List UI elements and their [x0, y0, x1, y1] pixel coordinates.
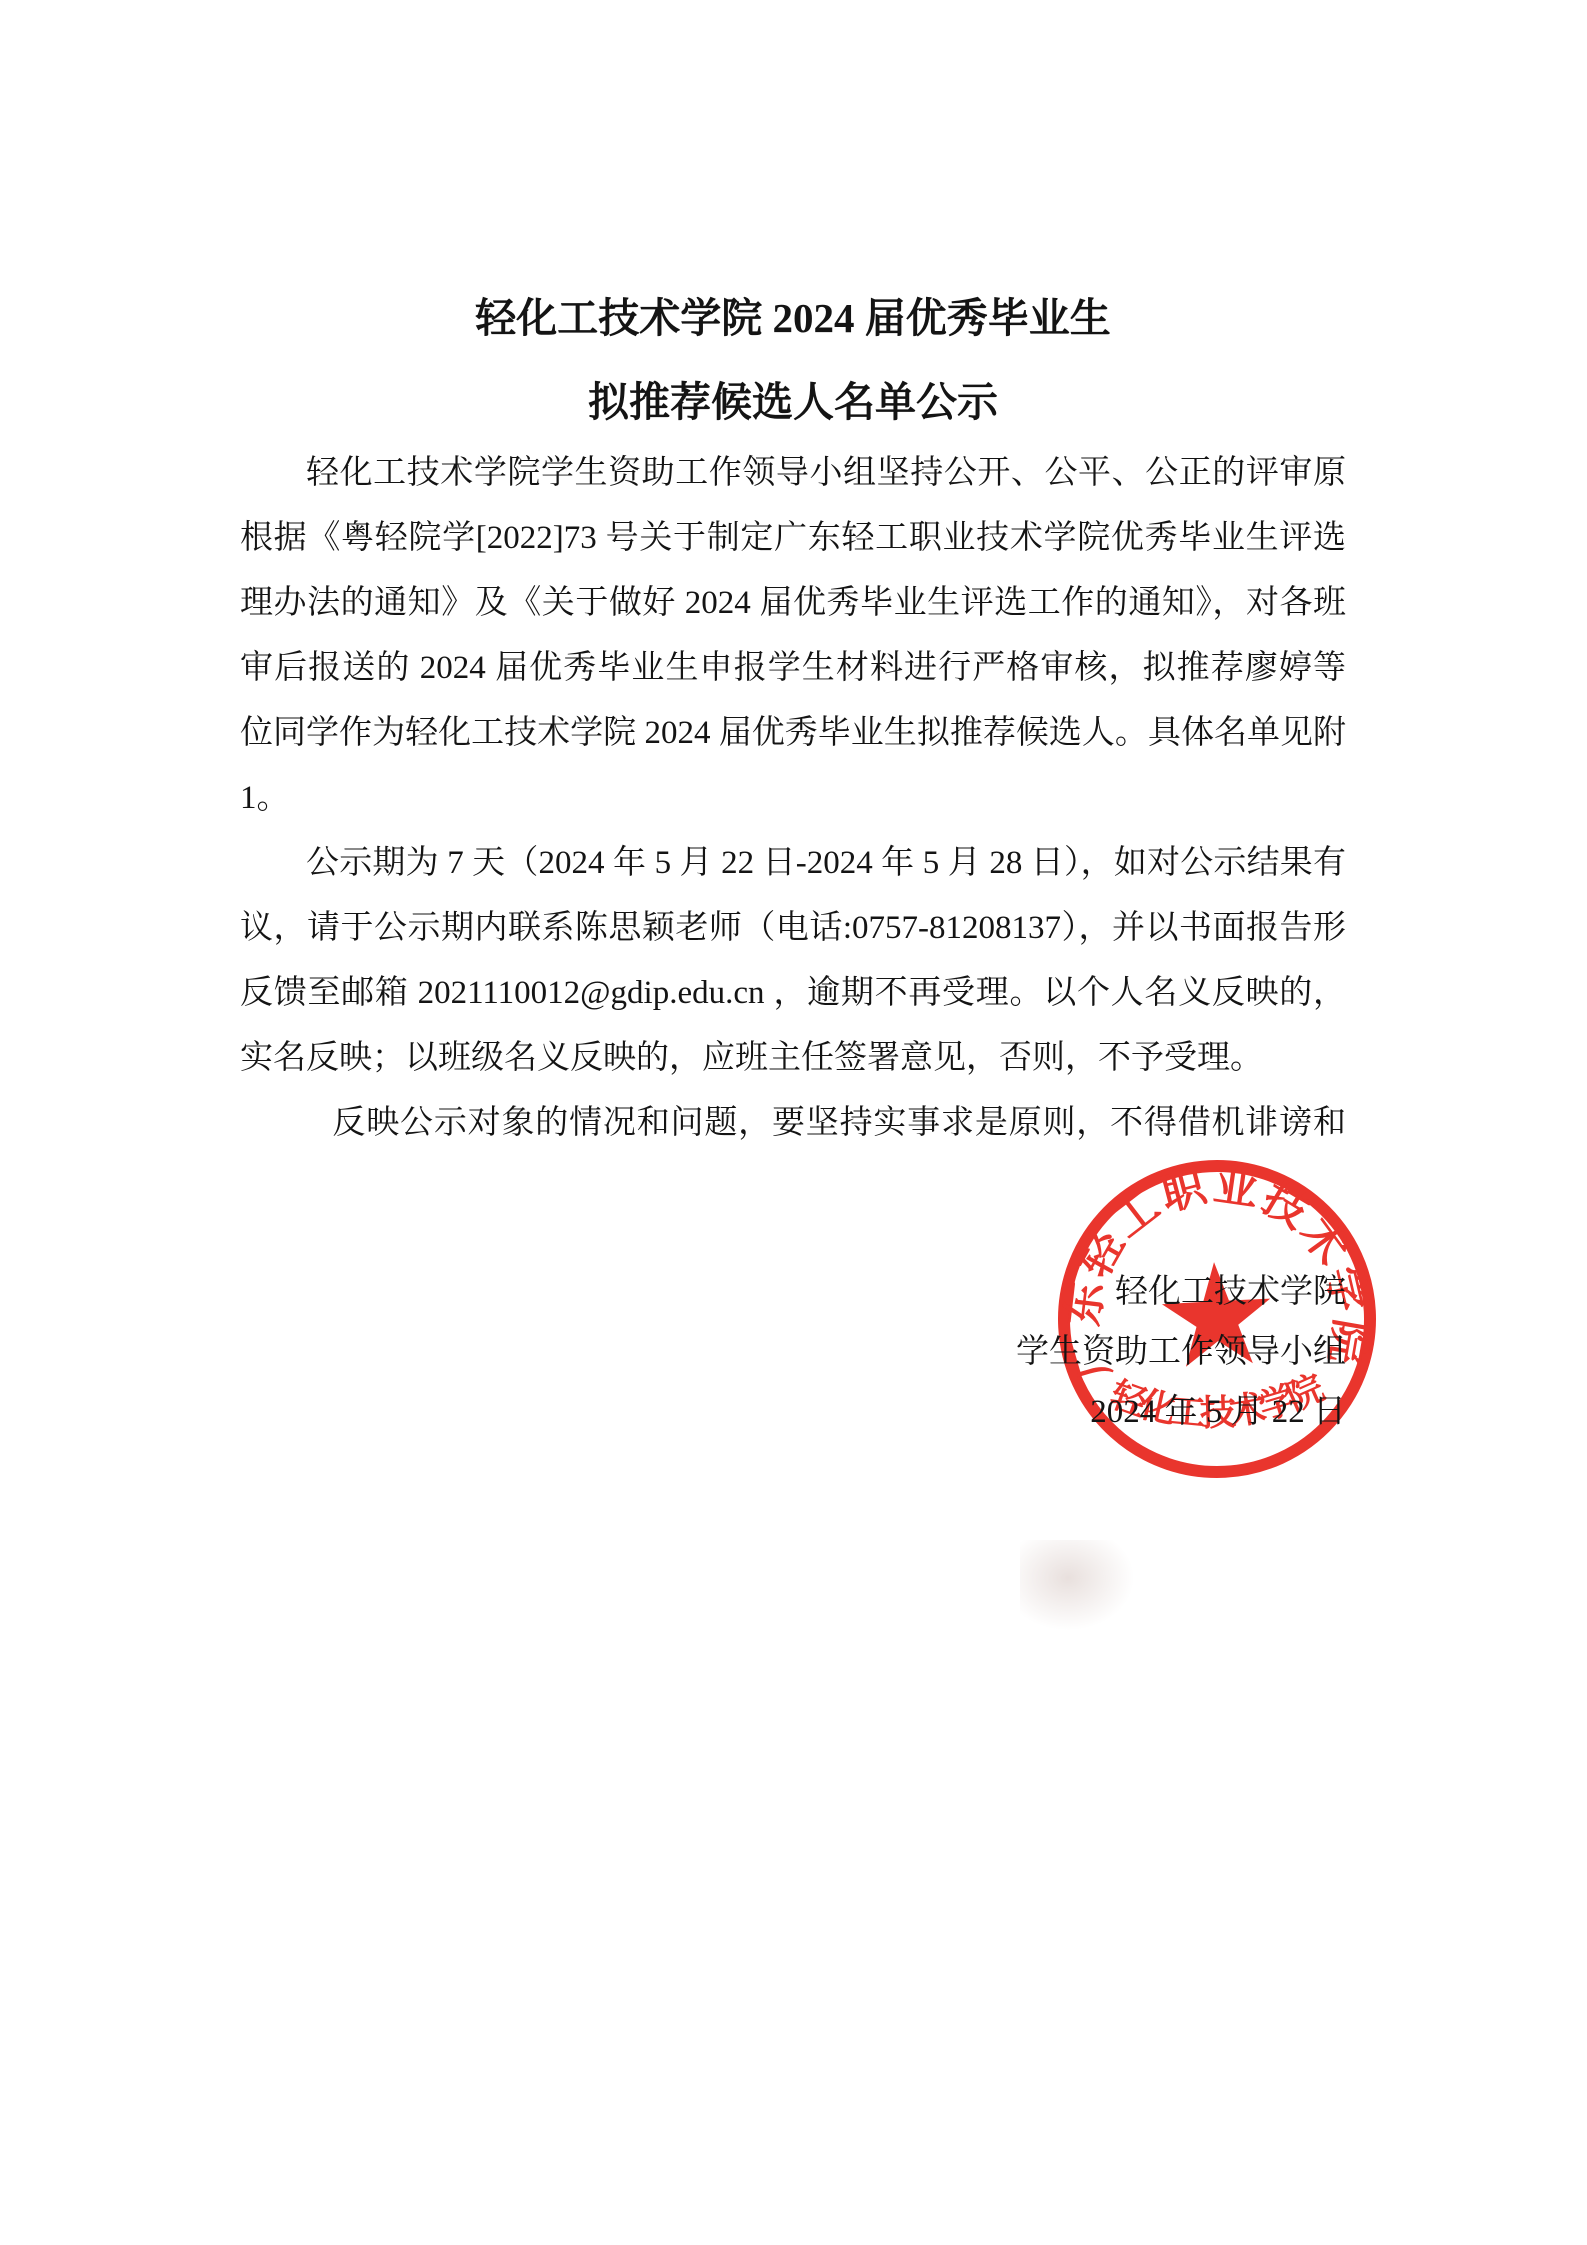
doc-title-line-2: 拟推荐候选人名单公示 — [240, 374, 1346, 430]
ink-smudge — [1020, 1540, 1140, 1635]
signature-org-line-1: 轻化工技术学院 — [1016, 1262, 1346, 1322]
body-line-1: 轻化工技术学院学生资助工作领导小组坚持公开、公平、公正的评审原则， — [240, 441, 1346, 506]
doc-body: 轻化工技术学院学生资助工作领导小组坚持公开、公平、公正的评审原则， 根据《粤轻院… — [240, 441, 1346, 1156]
document-page: 轻化工技术学院 2024 届优秀毕业生 拟推荐候选人名单公示 轻化工技术学院学生… — [0, 0, 1587, 2245]
body-line-5: 位同学作为轻化工技术学院 2024 届优秀毕业生拟推荐候选人。具体名单见附件 — [240, 701, 1346, 766]
doc-title-line-1: 轻化工技术学院 2024 届优秀毕业生 — [240, 290, 1346, 346]
body-line-3: 理办法的通知》及《关于做好 2024 届优秀毕业生评选工作的通知》，对各班级初 — [240, 571, 1346, 636]
body-line-6: 1。 — [240, 766, 1346, 831]
body-line-9: 反馈至邮箱 2021110012@gdip.edu.cn ，逾期不再受理。以个人… — [240, 961, 1346, 1026]
body-line-10: 实名反映；以班级名义反映的，应班主任签署意见，否则，不予受理。 — [240, 1026, 1346, 1091]
signature-date: 2024 年 5 月 22 日 — [1016, 1382, 1346, 1442]
body-line-4: 审后报送的 2024 届优秀毕业生申报学生材料进行严格审核，拟推荐廖婷等 22 — [240, 636, 1346, 701]
signature-block: 轻化工技术学院 学生资助工作领导小组 2024 年 5 月 22 日 — [1016, 1262, 1346, 1442]
body-line-8: 议，请于公示期内联系陈思颖老师（电话:0757-81208137），并以书面报告… — [240, 896, 1346, 961]
body-line-2: 根据《粤轻院学[2022]73 号关于制定广东轻工职业技术学院优秀毕业生评选管 — [240, 506, 1346, 571]
body-line-11: 反映公示对象的情况和问题，要坚持实事求是原则，不得借机诽谤和诬告。 — [240, 1091, 1346, 1156]
signature-org-line-2: 学生资助工作领导小组 — [1016, 1322, 1346, 1382]
body-line-7: 公示期为 7 天（2024 年 5 月 22 日-2024 年 5 月 28 日… — [240, 831, 1346, 896]
